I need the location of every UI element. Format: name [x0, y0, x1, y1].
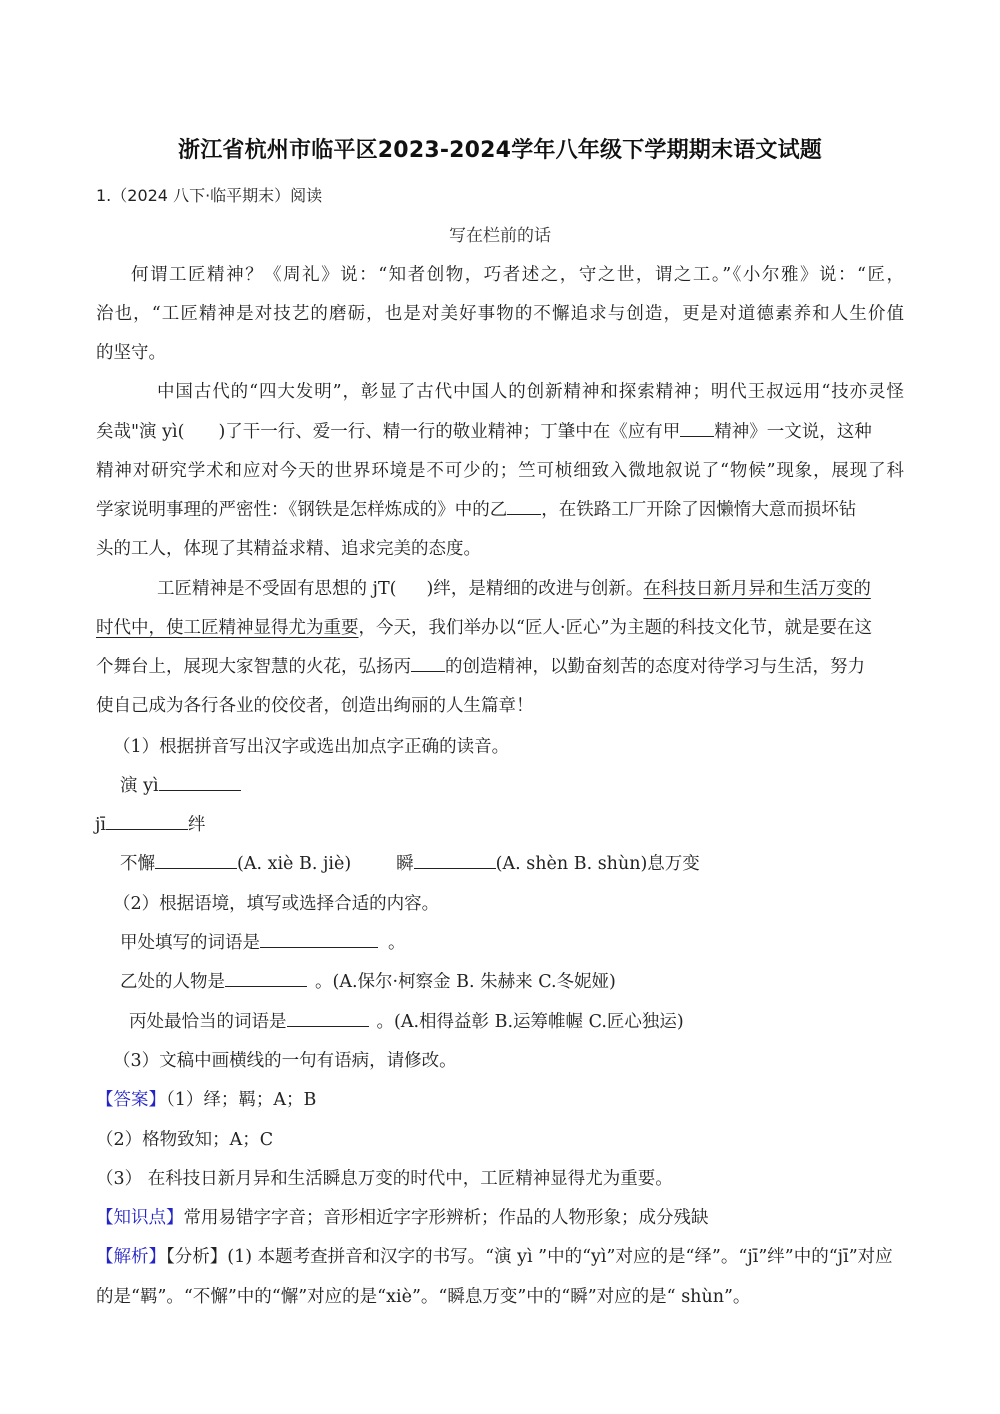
sub-question-1-prompt: （1）根据拼音写出汉字或选出加点字正确的读音。	[113, 733, 509, 758]
knowledge-label: 【知识点】	[96, 1208, 184, 1228]
essay-title: 写在栏前的话	[0, 221, 1000, 246]
text-segment: 个舞台上，展现大家智慧的火花，弘扬丙	[96, 657, 411, 677]
item-text: 不懈	[120, 854, 155, 874]
question-header: 1.（2024 八下·临平期末）阅读	[96, 183, 322, 206]
item-options: (A. xiè B. jiè)	[237, 854, 351, 874]
text-segment: ，今天，我们举办以“匠人·匠心”为主题的科技文化节，就是要在这	[359, 618, 872, 638]
sub-question-2-yi: 乙处的人物是。(A.保尔·柯察金 B. 朱赫来 C.冬妮娅)	[120, 968, 616, 993]
item-text: 乙处的人物是	[120, 972, 225, 992]
text-segment: 工匠精神是不受固有思想的 jT(	[157, 579, 397, 599]
answer-line-3: （3） 在科技日新月异和生活瞬息万变的时代中，工匠精神显得尤为重要。	[96, 1165, 673, 1190]
paragraph-1-line-1: 何谓工匠精神？《周礼》说：“知者创物，巧者述之，守之世，谓之工。”《小尔雅》说：…	[131, 261, 904, 286]
item-text: 甲处填写的词语是	[120, 933, 260, 953]
underlined-sentence: 时代中，使工匠精神显得尤为重要	[96, 618, 359, 638]
text-segment: 精神》一文说，这种	[714, 422, 872, 442]
sub-question-2-prompt: （2）根据语境，填写或选择合适的内容。	[113, 890, 439, 915]
answer-blank[interactable]	[106, 813, 188, 830]
item-options: 。(A.相得益彰 B.运筹帷幄 C.匠心独运)	[377, 1012, 684, 1032]
paragraph-1-line-3: 的坚守。	[96, 339, 166, 364]
answer-blank[interactable]	[155, 852, 237, 869]
paragraph-2-line-1: 中国古代的“四大发明”，彰显了古代中国人的创新精神和探索精神；明代王叔远用“技亦…	[157, 378, 904, 403]
page-title: 浙江省杭州市临平区2023-2024学年八年级下学期期末语文试题	[0, 133, 1000, 164]
text-segment: 矣哉"演 yì(	[96, 422, 184, 442]
blank-yi	[507, 498, 541, 515]
answer-blank[interactable]	[159, 774, 241, 791]
blank-jia	[680, 420, 714, 437]
blank-bing	[411, 655, 445, 672]
item-text: 丙处最恰当的词语是	[129, 1012, 287, 1032]
answer-blank[interactable]	[225, 970, 307, 987]
item-options: (A. shèn B. shùn)息万变	[496, 854, 700, 874]
analysis-line-2: 的是“羁”。“不懈”中的“懈”对应的是“xiè”。“瞬息万变”中的“瞬”对应的是…	[96, 1283, 750, 1308]
sub-question-1-item-2: jī绊	[95, 811, 206, 836]
text-segment: ，在铁路工厂开除了因懒惰大意而损坏钻	[541, 500, 856, 520]
sub-question-3-prompt: （3）文稿中画横线的一句有语病，请修改。	[113, 1047, 457, 1072]
text-segment: )了干一行、爱一行、精一行的敬业精神；丁肇中在《应有甲	[218, 422, 680, 442]
paragraph-1-line-2: 治也，“工匠精神是对技艺的磨砺，也是对美好事物的不懈追求与创造，更是对道德素养和…	[96, 300, 904, 325]
paragraph-3-line-4: 使自己成为各行各业的佼佼者，创造出绚丽的人生篇章！	[96, 692, 534, 717]
paragraph-2-line-5: 头的工人，体现了其精益求精、追求完美的态度。	[96, 535, 481, 560]
analysis-label: 【解析】	[96, 1247, 166, 1267]
paragraph-2-line-2: 矣哉"演 yì()了干一行、爱一行、精一行的敬业精神；丁肇中在《应有甲精神》一文…	[96, 418, 872, 443]
answer-blank[interactable]	[414, 852, 496, 869]
answer-label: 【答案】	[96, 1090, 166, 1110]
answer-blank[interactable]	[287, 1010, 369, 1027]
sub-question-2-jia: 甲处填写的词语是。	[120, 929, 406, 954]
item-options: 。(A.保尔·柯察金 B. 朱赫来 C.冬妮娅)	[315, 972, 616, 992]
question-source: （2024 八下·临平期末）阅读	[111, 186, 322, 205]
knowledge-text: 常用易错字字音；音形相近字字形辨析；作品的人物形象；成分残缺	[184, 1208, 709, 1228]
question-number: 1.	[96, 186, 111, 205]
answer-blank[interactable]	[260, 931, 378, 948]
analysis-line-1: 【解析】【分析】(1) 本题考查拼音和汉字的书写。“演 yì ”中的“yì”对应…	[96, 1243, 893, 1268]
text-segment: 的创造精神，以勤奋刻苦的态度对待学习与生活，努力	[445, 657, 865, 677]
paragraph-3-line-3: 个舞台上，展现大家智慧的火花，弘扬丙的创造精神，以勤奋刻苦的态度对待学习与生活，…	[96, 653, 865, 678]
item-text: 。	[388, 933, 406, 953]
sub-question-1-item-3-4: 不懈(A. xiè B. jiè)瞬(A. shèn B. shùn)息万变	[120, 850, 700, 875]
item-text: 瞬	[396, 854, 414, 874]
item-text: jī	[95, 815, 106, 835]
sub-question-1-item-1: 演 yì	[120, 772, 241, 797]
item-text: 绊	[188, 815, 206, 835]
answer-line-1: 【答案】（1）绎；羁；A；B	[96, 1086, 316, 1111]
sub-question-2-bing: 丙处最恰当的词语是。(A.相得益彰 B.运筹帷幄 C.匠心独运)	[129, 1008, 684, 1033]
knowledge-points: 【知识点】常用易错字字音；音形相近字字形辨析；作品的人物形象；成分残缺	[96, 1204, 709, 1229]
text-segment: )绊，是精细的改进与创新。	[427, 579, 644, 599]
paragraph-3-line-2: 时代中，使工匠精神显得尤为重要，今天，我们举办以“匠人·匠心”为主题的科技文化节…	[96, 614, 872, 639]
item-text: 演 yì	[120, 776, 159, 796]
text-segment: 学家说明事理的严密性：《钢铁是怎样炼成的》中的乙	[96, 500, 507, 520]
underlined-sentence: 在科技日新月异和生活万变的	[643, 579, 871, 599]
answer-line-2: （2）格物致知；A；C	[96, 1126, 273, 1151]
answer-text: （1）绎；羁；A；B	[166, 1090, 316, 1110]
paragraph-2-line-3: 精神对研究学术和应对今天的世界环境是不可少的；竺可桢细致入微地叙说了“物候”现象…	[96, 457, 904, 482]
paragraph-3-line-1: 工匠精神是不受固有思想的 jT()绊，是精细的改进与创新。在科技日新月异和生活万…	[157, 575, 871, 600]
paragraph-2-line-4: 学家说明事理的严密性：《钢铁是怎样炼成的》中的乙，在铁路工厂开除了因懒惰大意而损…	[96, 496, 856, 521]
analysis-text: 【分析】(1) 本题考查拼音和汉字的书写。“演 yì ”中的“yì”对应的是“绎…	[166, 1247, 893, 1267]
